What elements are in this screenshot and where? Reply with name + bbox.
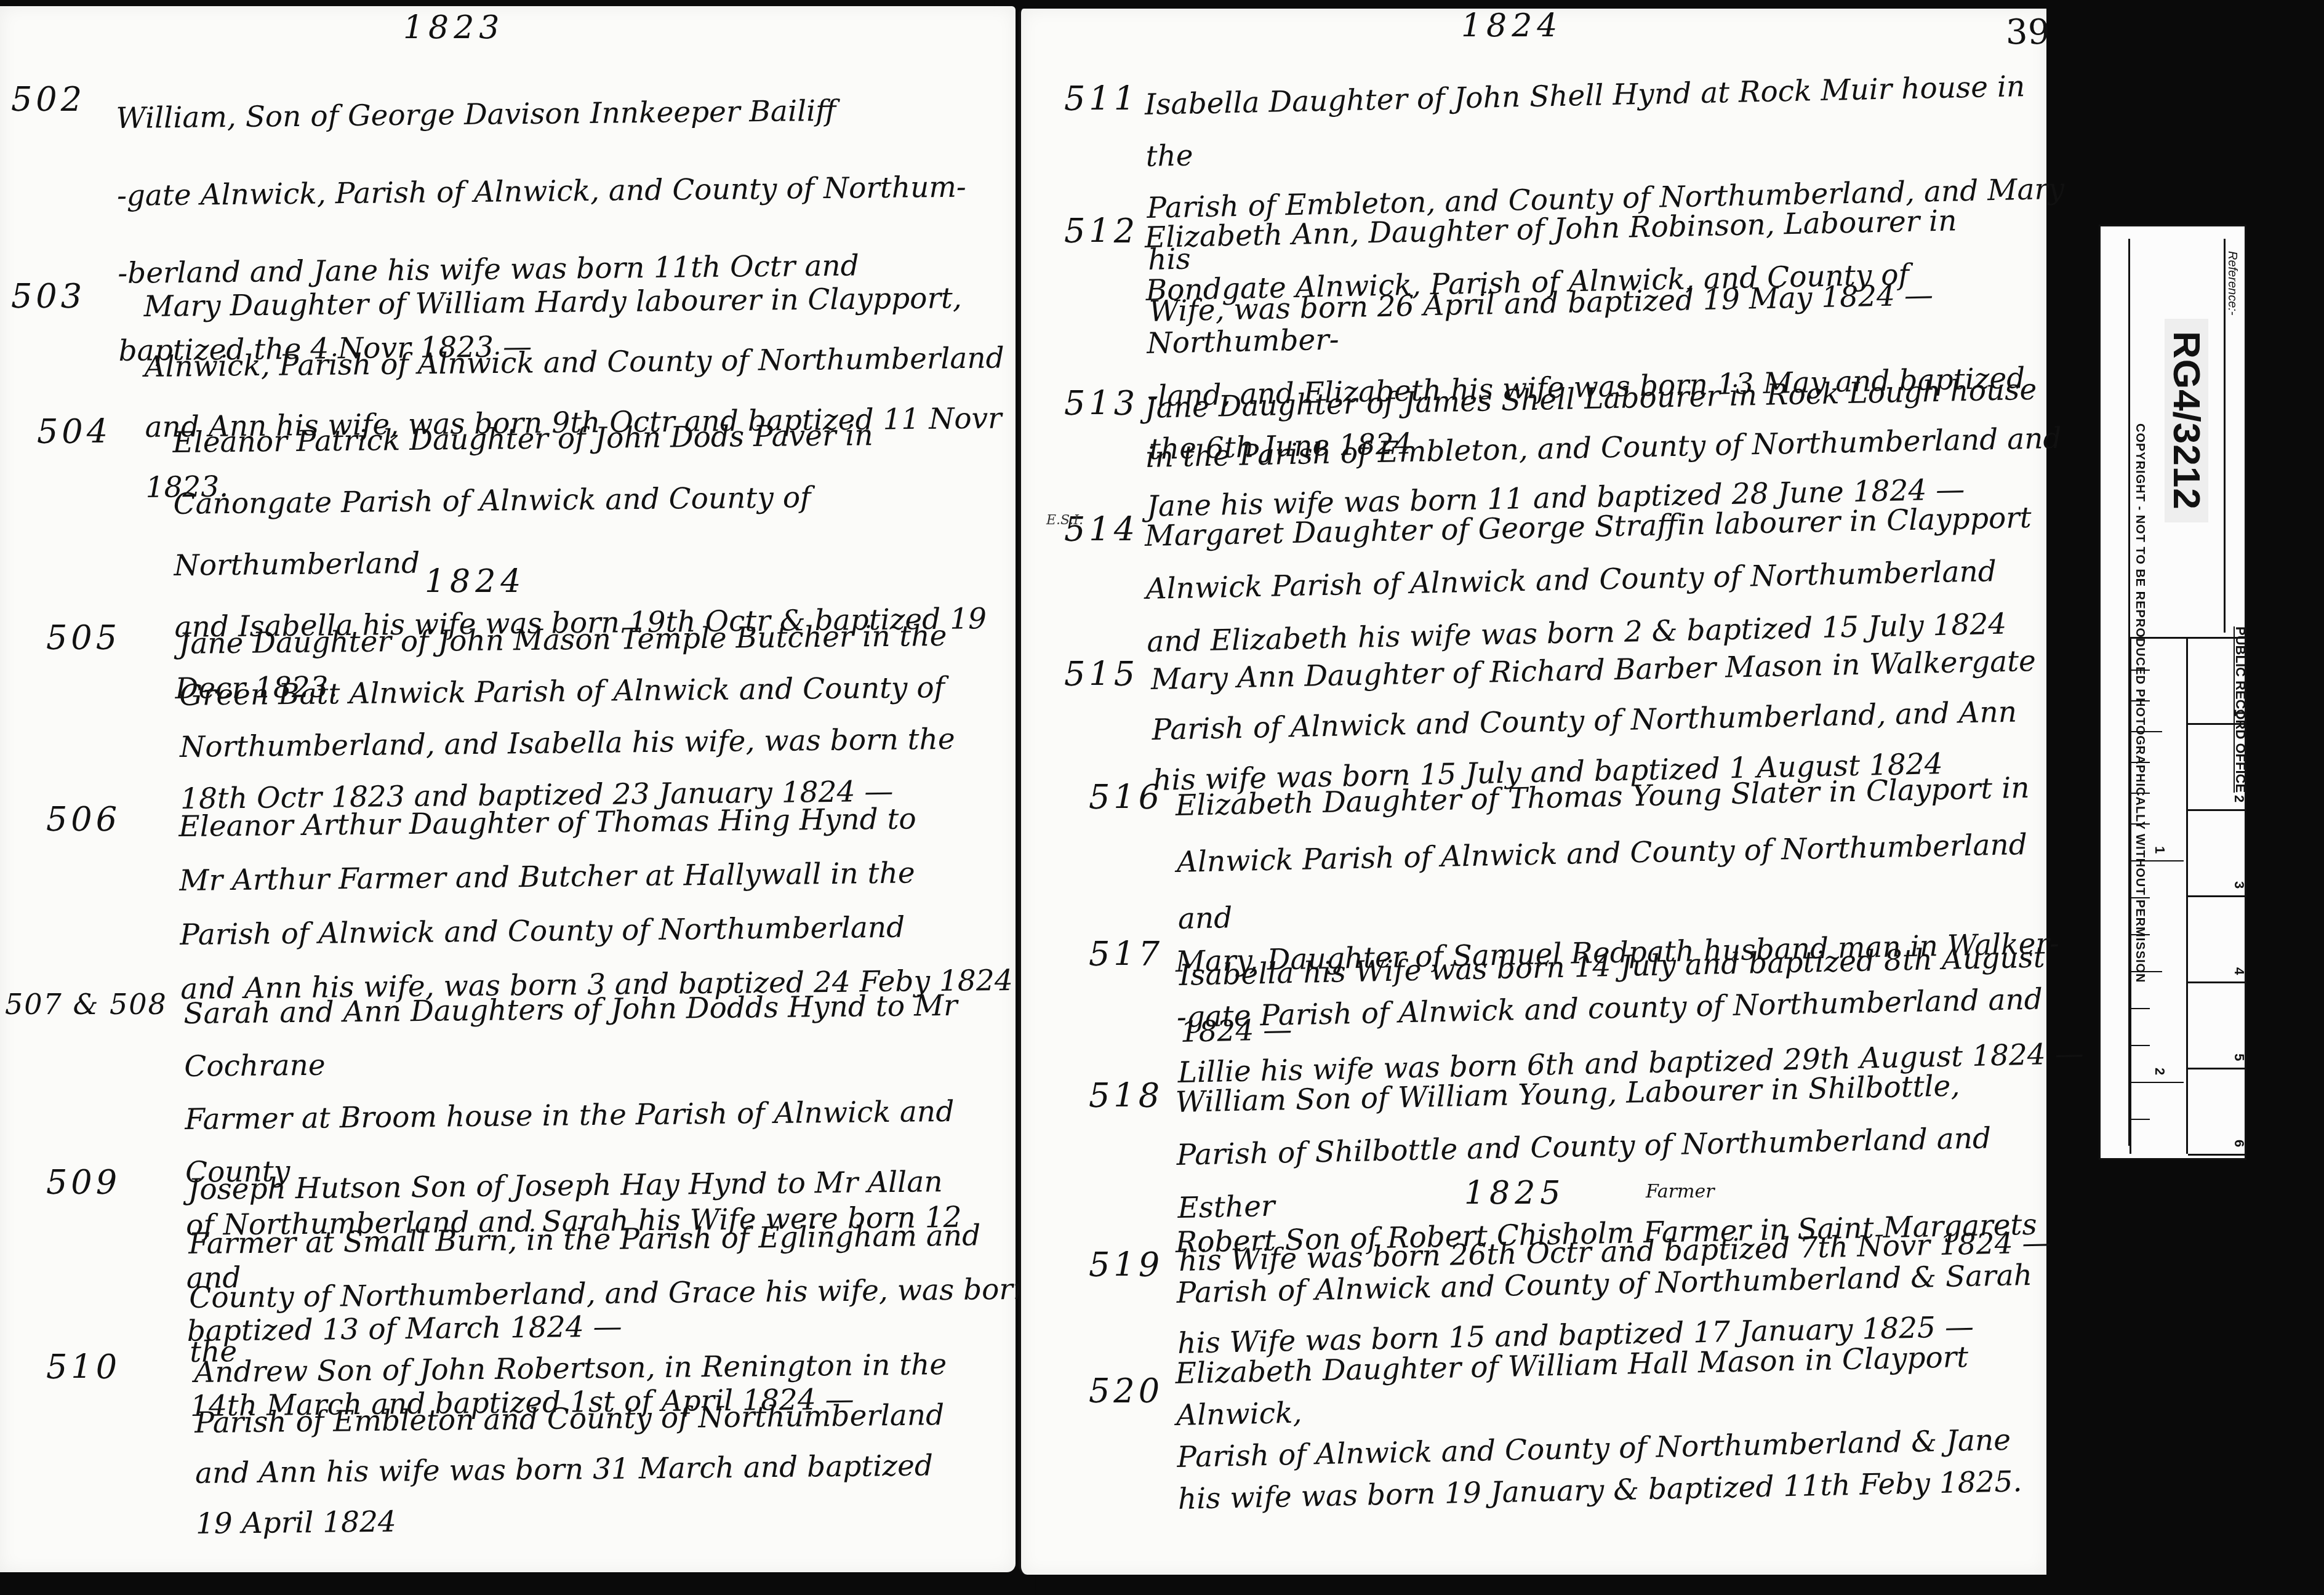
ruler-cell: 6 [2188,1069,2246,1156]
entry-number: 518 [1089,1076,1163,1115]
entry-number: 507 & 508 [5,988,167,1021]
year-heading-1824: 1824 [1461,7,1562,44]
cm-ruler: 1 2 3 4 5 6 [2186,637,2245,1154]
entry-number: 513 [1064,384,1139,423]
ruler-cell: 2 [2188,725,2246,811]
entry-number: 516 [1089,778,1163,817]
entry-number: 517 [1089,935,1163,973]
inch-ruler: 1 2 [2130,637,2186,1154]
left-page: 1823 502 William, Son of George Davison … [0,6,1016,1572]
entry-number: 520 [1089,1372,1163,1410]
year-heading-1825: 1825 [1464,1175,1565,1212]
year-heading-1823: 1823 [403,9,504,46]
ruler-cell: 1 [2188,639,2246,725]
entry-number: 509 [46,1163,121,1202]
right-page: 1824 39 511 Isabella Daughter of John Sh… [1019,9,2046,1575]
entry-number: 505 [46,618,121,657]
reference-code: RG4/3212 [2165,319,2208,522]
entry-number: 502 [11,80,86,119]
entry-text: Elizabeth Daughter of William Hall Mason… [1175,1334,2101,1521]
reference-label: Reference:- [2225,251,2239,316]
entry-number: 506 [46,800,121,839]
year-heading-1824: 1824 [425,563,526,600]
insertion-farmer: Farmer [1646,1181,1715,1202]
entry-text: Andrew Son of John Robertson, in Reningt… [194,1339,1045,1549]
ruler-cell: 4 [2188,897,2246,983]
ruler-label: 2 [2152,1068,2168,1075]
margin-mark: E.S.I. [1046,513,1083,528]
entry-number: 515 [1064,655,1139,694]
entry-number: 504 [37,412,111,451]
entry-number: 510 [46,1348,121,1386]
ruler-cell: 5 [2188,983,2246,1069]
entry-number: 519 [1089,1245,1163,1284]
ruler-cell: 3 [2188,811,2246,897]
entry-number: 512 [1064,212,1139,250]
entry-number: 503 [11,277,86,316]
ruler-label: 1 [2152,846,2168,853]
page-number: 39 [2006,12,2050,52]
entry-number: 511 [1064,79,1139,118]
